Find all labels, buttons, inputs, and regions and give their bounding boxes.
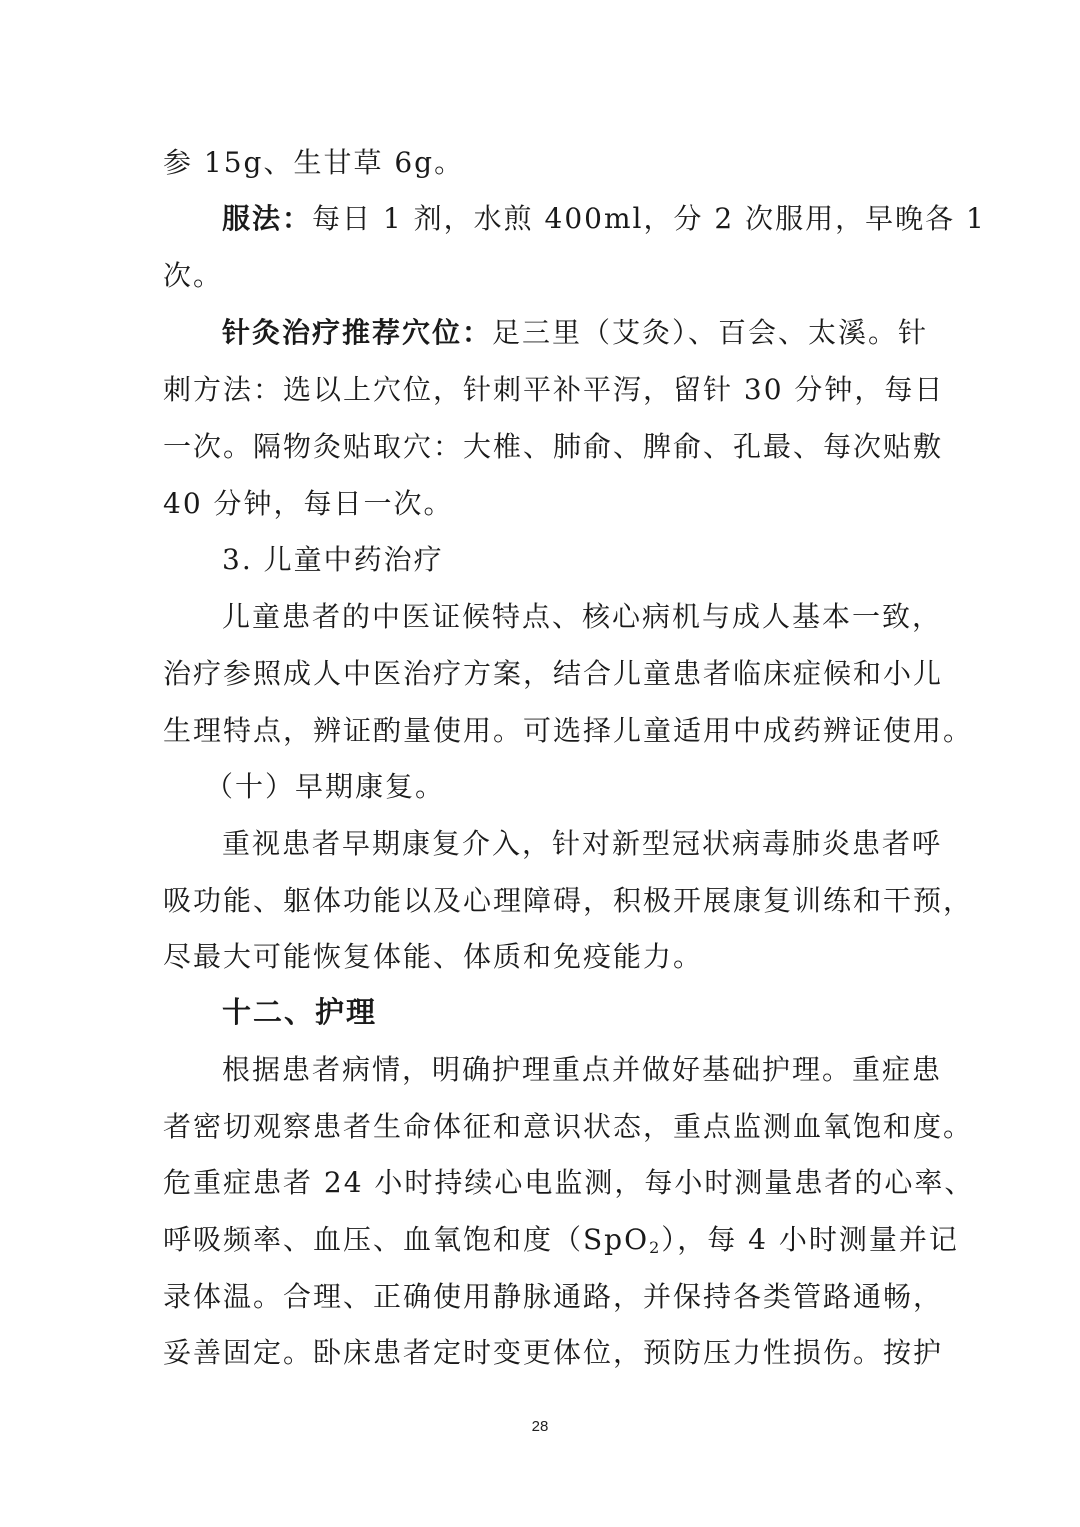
spo2-post: ），每 4 小时测量并记 xyxy=(661,1223,959,1256)
paragraph-line: 儿童患者的中医证候特点、核心病机与成人基本一致， xyxy=(222,597,982,637)
paragraph-line: 者密切观察患者生命体征和意识状态，重点监测血氧饱和度。 xyxy=(163,1107,923,1147)
paragraph-line: 重视患者早期康复介入，针对新型冠状病毒肺炎患者呼 xyxy=(222,824,982,864)
paragraph-line: 40 分钟，每日一次。 xyxy=(163,484,923,524)
dosage-line: 服法：每日 1 剂，水煎 400ml，分 2 次服用，早晚各 1 xyxy=(222,199,982,239)
acupuncture-text: 足三里（艾灸）、百会、太溪。针 xyxy=(492,316,928,349)
page-number: 28 xyxy=(0,1418,1080,1435)
paragraph-line: 刺方法：选以上穴位，针刺平补平泻，留针 30 分钟，每日 xyxy=(163,370,923,410)
paragraph-line: 生理特点，辨证酌量使用。可选择儿童适用中成药辨证使用。 xyxy=(163,711,923,751)
paragraph-line: 吸功能、躯体功能以及心理障碍，积极开展康复训练和干预， xyxy=(163,881,923,921)
paragraph-line: 妥善固定。卧床患者定时变更体位，预防压力性损伤。按护 xyxy=(163,1333,923,1373)
acupuncture-label: 针灸治疗推荐穴位： xyxy=(222,316,492,349)
document-page: 参 15g、生甘草 6g。 服法：每日 1 剂，水煎 400ml，分 2 次服用… xyxy=(0,0,1080,1527)
acupuncture-line: 针灸治疗推荐穴位：足三里（艾灸）、百会、太溪。针 xyxy=(222,313,982,353)
paragraph-line: 参 15g、生甘草 6g。 xyxy=(163,143,923,183)
dosage-label: 服法： xyxy=(222,202,312,235)
section-heading-early-rehab: （十）早期康复。 xyxy=(205,767,965,807)
subsection-heading: 3. 儿童中药治疗 xyxy=(222,540,982,580)
paragraph-line-spo2: 呼吸频率、血压、血氧饱和度（SpO2），每 4 小时测量并记 xyxy=(163,1220,923,1260)
spo2-pre: 呼吸频率、血压、血氧饱和度（SpO xyxy=(163,1223,649,1256)
paragraph-line: 治疗参照成人中医治疗方案，结合儿童患者临床症候和小儿 xyxy=(163,654,923,694)
spo2-subscript: 2 xyxy=(649,1238,661,1257)
dosage-text: 每日 1 剂，水煎 400ml，分 2 次服用，早晚各 1 xyxy=(312,202,986,235)
paragraph-line: 尽最大可能恢复体能、体质和免疫能力。 xyxy=(163,937,923,977)
paragraph-line: 录体温。合理、正确使用静脉通路，并保持各类管路通畅， xyxy=(163,1277,923,1317)
paragraph-line: 危重症患者 24 小时持续心电监测，每小时测量患者的心率、 xyxy=(163,1163,923,1203)
paragraph-line: 根据患者病情，明确护理重点并做好基础护理。重症患 xyxy=(222,1050,982,1090)
paragraph-line: 次。 xyxy=(163,256,923,296)
paragraph-line: 一次。隔物灸贴取穴：大椎、肺俞、脾俞、孔最、每次贴敷 xyxy=(163,427,923,467)
section-heading-nursing: 十二、护理 xyxy=(222,992,982,1032)
